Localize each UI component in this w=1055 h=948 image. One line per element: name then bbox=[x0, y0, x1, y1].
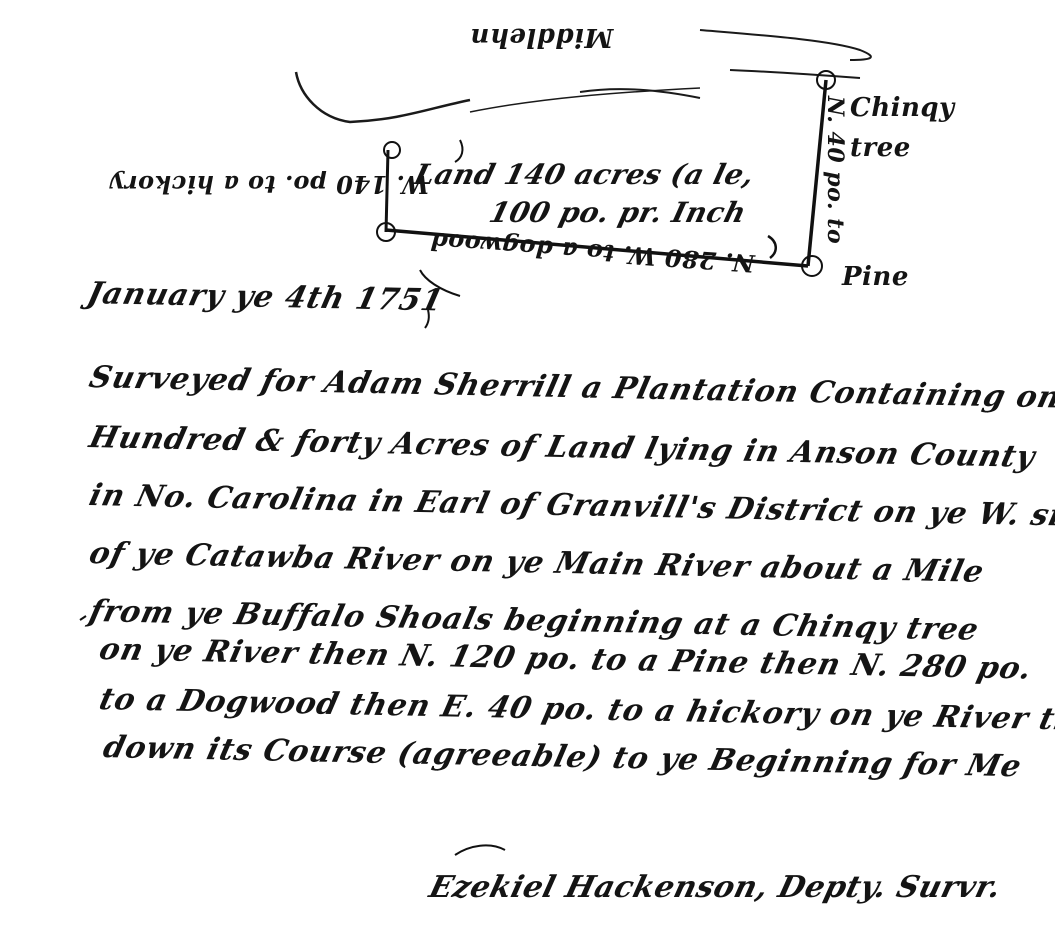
plat-scale: 100 po. pr. Inch bbox=[486, 196, 750, 229]
plat-left-label: W. 140 po. to a hickory bbox=[110, 170, 429, 199]
flourish-top-right-2 bbox=[730, 70, 860, 78]
margin-mark bbox=[80, 616, 86, 620]
plat-right-label: N. 40 po. to bbox=[822, 96, 848, 244]
corner-top-left bbox=[384, 142, 400, 158]
bracket-right-inner bbox=[768, 236, 776, 258]
document-page: Middlehn Land 140 acres (a le, 100 po. p… bbox=[0, 0, 1055, 948]
flourish-top-left bbox=[296, 72, 470, 122]
date-line: January ye 4th 1751 bbox=[84, 276, 447, 318]
corner-label-pine: Pine bbox=[842, 262, 909, 292]
plat-acreage: Land 140 acres (a le, bbox=[411, 158, 758, 191]
flourish-signature bbox=[455, 845, 505, 855]
corner-label-chinqy-tree: Chinqy tree bbox=[850, 88, 960, 168]
flourish-top-right bbox=[700, 30, 871, 60]
surveyor-signature: Ezekiel Hackenson, Depty. Survr. bbox=[426, 870, 1005, 905]
plat-top-note: Middlehn bbox=[470, 22, 613, 52]
flourish-top-arc bbox=[580, 89, 700, 98]
